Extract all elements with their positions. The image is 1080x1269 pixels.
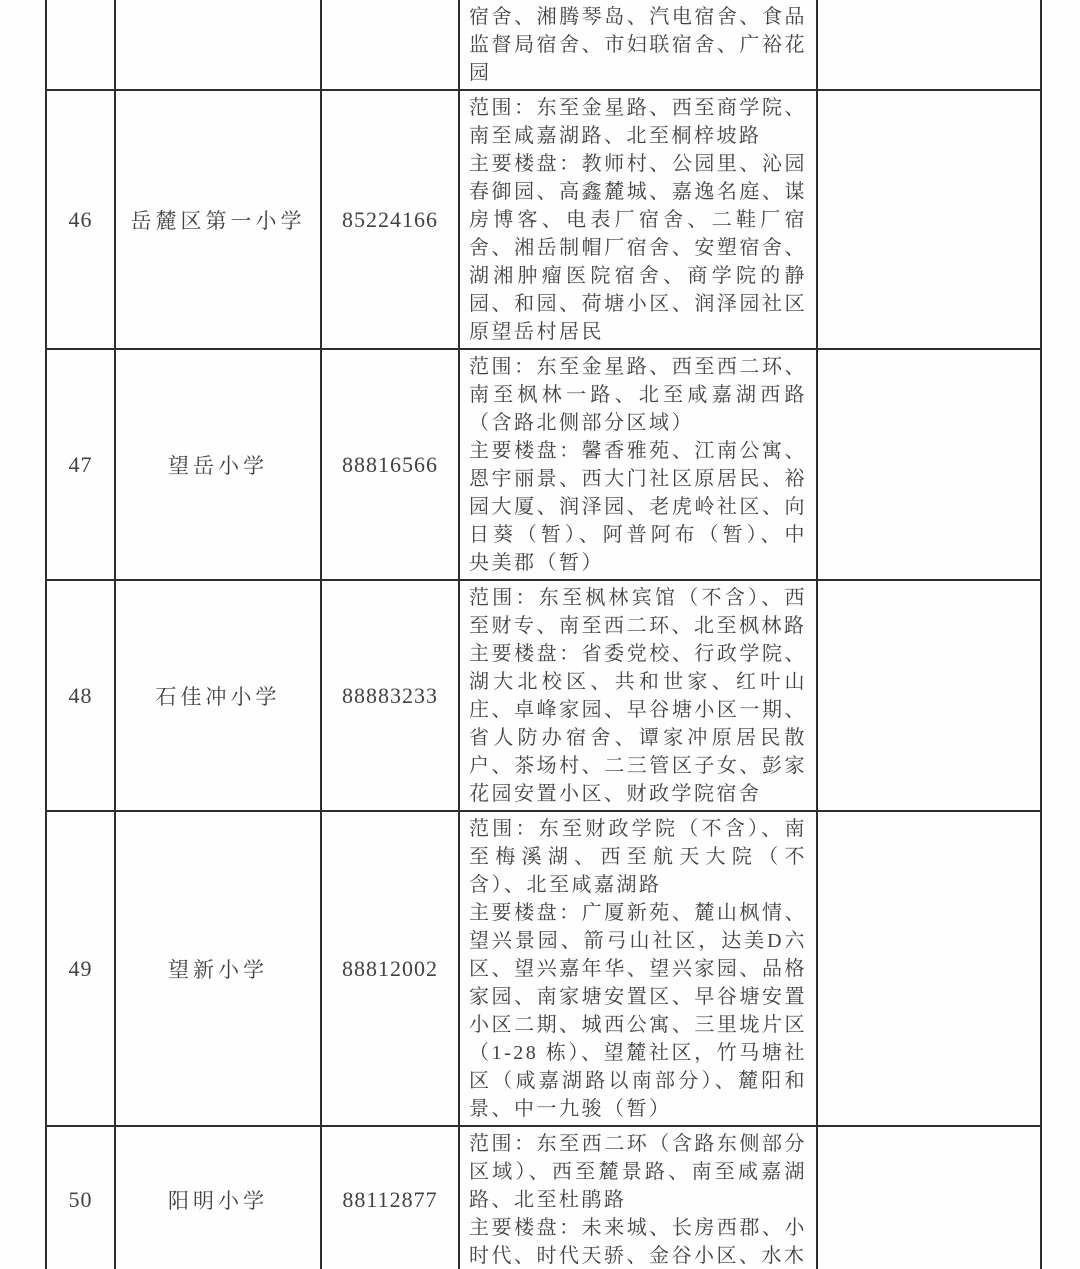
phone-cell: 88816566 (321, 349, 459, 580)
buildings-text: 主要楼盘：未来城、长房西郡、小时代、时代天骄、金谷小区、水木 (469, 1214, 807, 1269)
note-cell (817, 0, 1041, 90)
table-row: 47 望岳小学 88816566 范围：东至金星路、西至西二环、南至枫林一路、北… (46, 349, 1041, 580)
table-row: 46 岳麓区第一小学 85224166 范围：东至金星路、西至商学院、南至咸嘉湖… (46, 90, 1041, 349)
school-name-cell: 石佳冲小学 (115, 580, 321, 811)
row-number-cell: 48 (46, 580, 115, 811)
note-cell (817, 349, 1041, 580)
scope-text: 范围：东至枫林宾馆（不含）、西至财专、南至西二环、北至枫林路 (469, 584, 807, 640)
school-district-table: 宿舍、湘腾琴岛、汽电宿舍、食品监督局宿舍、市妇联宿舍、广裕花园 46 岳麓区第一… (45, 0, 1042, 1269)
note-cell (817, 90, 1041, 349)
buildings-text: 主要楼盘：教师村、公园里、沁园春御园、高鑫麓城、嘉逸名庭、谋房博客、电表厂宿舍、… (469, 150, 807, 346)
scope-text: 范围：东至金星路、西至商学院、南至咸嘉湖路、北至桐梓坡路 (469, 94, 807, 150)
scope-text: 范围：东至西二环（含路东侧部分区域）、西至麓景路、南至咸嘉湖路、北至杜鹃路 (469, 1130, 807, 1214)
row-number-cell (46, 0, 115, 90)
district-description-cell: 范围：东至财政学院（不含）、南至梅溪湖、西至航天大院（不含）、北至咸嘉湖路 主要… (459, 811, 817, 1126)
district-description-cell: 宿舍、湘腾琴岛、汽电宿舍、食品监督局宿舍、市妇联宿舍、广裕花园 (459, 0, 817, 90)
school-name-cell: 岳麓区第一小学 (115, 90, 321, 349)
note-cell (817, 580, 1041, 811)
document-page: 宿舍、湘腾琴岛、汽电宿舍、食品监督局宿舍、市妇联宿舍、广裕花园 46 岳麓区第一… (0, 0, 1080, 1269)
phone-cell: 88883233 (321, 580, 459, 811)
school-name-cell: 望新小学 (115, 811, 321, 1126)
table-row: 宿舍、湘腾琴岛、汽电宿舍、食品监督局宿舍、市妇联宿舍、广裕花园 (46, 0, 1041, 90)
district-description-cell: 范围：东至金星路、西至西二环、南至枫林一路、北至咸嘉湖西路（含路北侧部分区域） … (459, 349, 817, 580)
row-number-cell: 49 (46, 811, 115, 1126)
phone-cell: 88112877 (321, 1126, 459, 1269)
district-description-cell: 范围：东至金星路、西至商学院、南至咸嘉湖路、北至桐梓坡路 主要楼盘：教师村、公园… (459, 90, 817, 349)
buildings-text: 宿舍、湘腾琴岛、汽电宿舍、食品监督局宿舍、市妇联宿舍、广裕花园 (469, 3, 807, 87)
buildings-text: 主要楼盘：广厦新苑、麓山枫情、望兴景园、箭弓山社区，达美D六区、望兴嘉年华、望兴… (469, 899, 807, 1123)
school-name-cell: 阳明小学 (115, 1126, 321, 1269)
buildings-text: 主要楼盘：馨香雅苑、江南公寓、恩宇丽景、西大门社区原居民、裕园大厦、润泽园、老虎… (469, 437, 807, 577)
phone-cell: 85224166 (321, 90, 459, 349)
scope-text: 范围：东至金星路、西至西二环、南至枫林一路、北至咸嘉湖西路（含路北侧部分区域） (469, 353, 807, 437)
school-name-cell (115, 0, 321, 90)
table-row: 49 望新小学 88812002 范围：东至财政学院（不含）、南至梅溪湖、西至航… (46, 811, 1041, 1126)
buildings-text: 主要楼盘：省委党校、行政学院、湖大北校区、共和世家、红叶山庄、卓峰家园、早谷塘小… (469, 640, 807, 808)
phone-cell: 88812002 (321, 811, 459, 1126)
scope-text: 范围：东至财政学院（不含）、南至梅溪湖、西至航天大院（不含）、北至咸嘉湖路 (469, 815, 807, 899)
note-cell (817, 1126, 1041, 1269)
row-number-cell: 46 (46, 90, 115, 349)
district-description-cell: 范围：东至枫林宾馆（不含）、西至财专、南至西二环、北至枫林路 主要楼盘：省委党校… (459, 580, 817, 811)
note-cell (817, 811, 1041, 1126)
district-description-cell: 范围：东至西二环（含路东侧部分区域）、西至麓景路、南至咸嘉湖路、北至杜鹃路 主要… (459, 1126, 817, 1269)
phone-cell (321, 0, 459, 90)
row-number-cell: 50 (46, 1126, 115, 1269)
row-number-cell: 47 (46, 349, 115, 580)
table-row: 48 石佳冲小学 88883233 范围：东至枫林宾馆（不含）、西至财专、南至西… (46, 580, 1041, 811)
table-row: 50 阳明小学 88112877 范围：东至西二环（含路东侧部分区域）、西至麓景… (46, 1126, 1041, 1269)
school-name-cell: 望岳小学 (115, 349, 321, 580)
